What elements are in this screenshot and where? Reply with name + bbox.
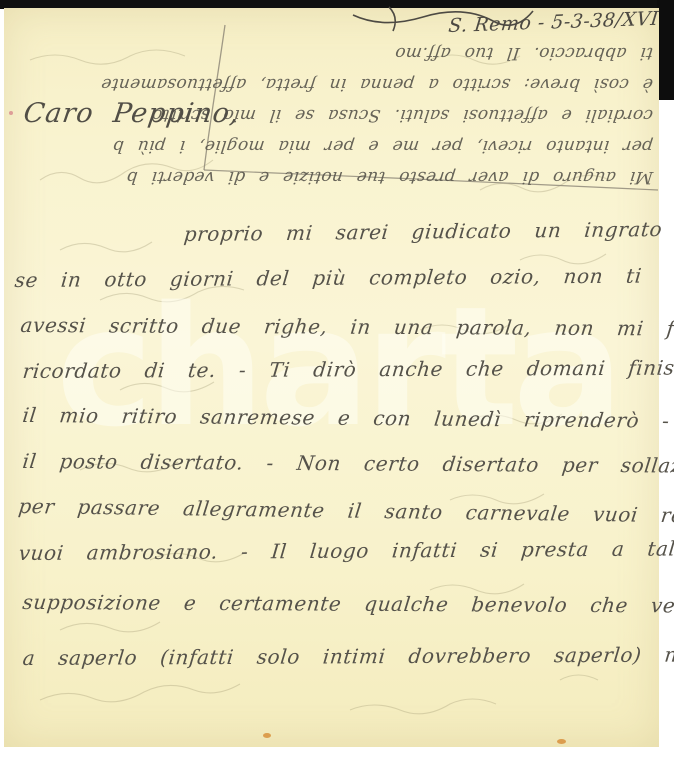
foxing-spot	[263, 733, 271, 738]
postscript-line: Mi auguro di aver presto tue notizie e d…	[203, 161, 655, 192]
foxing-spot	[557, 739, 566, 744]
letter-line: se in otto giorni del più completo ozio,…	[14, 264, 643, 292]
letter-scan: charta S. Remo - 5-3-38/XVI Mi auguro di…	[0, 0, 674, 760]
letter-line: proprio mi sarei giudicato un ingrato	[183, 217, 664, 246]
letter-line: avessi scritto due righe, in una parola,…	[19, 313, 674, 341]
postscript-line: per intanto ricevi, per me e per mia mog…	[203, 130, 655, 161]
postscript-line: cordiali e affettuosi saluti. Scusa se i…	[203, 99, 655, 130]
postscript-line: è così breve: scritto a penna in fretta,…	[203, 68, 655, 99]
foxing-spot	[9, 111, 13, 115]
letter-line: a saperlo (infatti solo intimi dovrebber…	[22, 642, 674, 670]
signature-flourish-icon	[343, 1, 543, 37]
postscript-line: ti abbraccio. Il tuo aff.mo	[203, 37, 655, 68]
rotated-postscript: Mi auguro di aver presto tue notizie e d…	[205, 24, 653, 192]
letter-line: il posto disertato. - Non certo disertat…	[21, 449, 674, 478]
salutation: Caro Peppino,	[22, 98, 242, 129]
letter-line: supposizione e certamente qualche benevo…	[21, 590, 674, 618]
letter-line: vuoi ambrosiano. - Il luogo infatti si p…	[18, 536, 674, 565]
letter-line: ricordato di te. - Ti dirò anche che dom…	[22, 355, 674, 383]
